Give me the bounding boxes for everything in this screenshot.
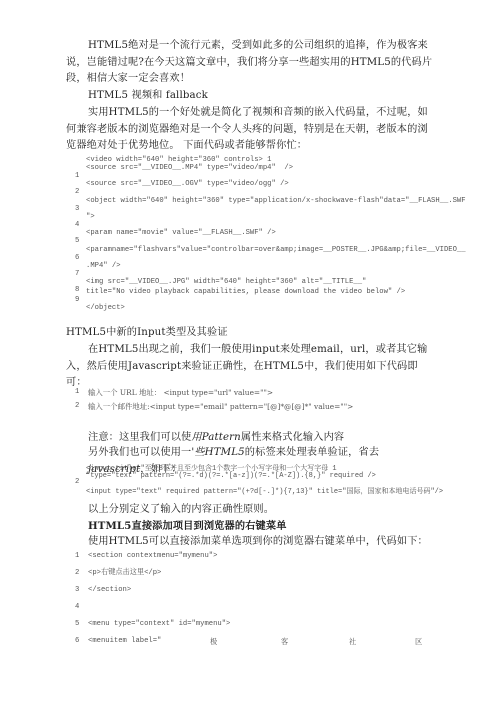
line-number: 5	[75, 620, 79, 628]
code-line: <menu type="context" id="mymenu">	[88, 620, 230, 629]
section-heading-video-fallback: HTML5 视频和 fallback	[66, 88, 438, 105]
line-number: 6	[75, 254, 79, 262]
code-line: <object width="640" height="360" type="a…	[86, 197, 466, 206]
line-number: 1	[75, 172, 79, 180]
context-menu-paragraph: 使用HTML5可以直接添加菜单选项到你的浏览器右键菜单中，代码如下：	[88, 534, 438, 551]
code-line: "type="text" pattern="(?=.*d)(?=.*[a-z])…	[86, 472, 376, 480]
line-number: 8	[75, 286, 79, 294]
note-text: 的标签来处理表单验证，省去	[245, 447, 379, 458]
menu-label-char: 极	[210, 637, 217, 646]
intro-paragraph: HTML5绝对是一个流行元素，受到如此多的公司组织的追捧，作为极客来说，岂能错过…	[66, 38, 438, 88]
code-line: </object>	[86, 304, 125, 313]
code-line: <param name="movie" value="__FLASH__.SWF…	[86, 229, 276, 238]
code-line: <paramname="flashvars"value="controlbar=…	[86, 246, 466, 255]
line-number: 4	[75, 221, 79, 229]
line-number: 9	[75, 296, 79, 304]
line-number: 2	[75, 402, 79, 410]
code-line: <section contextmenu="mymenu">	[88, 552, 217, 561]
menu-label-char: 区	[415, 637, 422, 646]
code-line: title="No video playback capabilities, p…	[86, 288, 405, 297]
line-number: 2	[75, 188, 79, 196]
menu-label-char: 社	[349, 637, 356, 646]
validation-summary: 以上分别定义了输入的内容正确性原则。	[88, 502, 438, 519]
line-number: 4	[75, 603, 79, 611]
input-types-paragraph: 在HTML5出现之前，我们一般使用input来处理email，url，或者其它输…	[66, 342, 438, 392]
code-line: ">	[86, 213, 95, 222]
line-number: 3	[75, 586, 79, 594]
code-line: <img src="__VIDEO__.JPG" width="640" hei…	[86, 278, 366, 287]
code-line: 输入一个 URL 地址： <input type="url" value="">	[88, 388, 273, 397]
code-line: </section>	[88, 586, 131, 595]
line-number: 2	[75, 478, 79, 486]
note-text: 另外我们也可以使用一	[88, 447, 191, 458]
section-heading-context-menu: HTML5直接添加项目到浏览器的右键菜单	[88, 518, 438, 535]
note-italic: '些HTML5	[191, 447, 244, 458]
code-line: <source src="__VIDEO__.OGV" type="video/…	[86, 180, 289, 189]
code-line: <menuitem label="	[88, 637, 161, 646]
note-text: 属性来格式化输入内容	[241, 432, 344, 443]
video-paragraph: 实用HTML5的一个好处就是简化了视频和音频的嵌入代码量，不过呢，如何兼容老版本…	[66, 105, 438, 155]
line-number: 5	[75, 237, 79, 245]
line-number: 7	[75, 270, 79, 278]
note-text: 注意：这里我们可以使	[88, 432, 191, 443]
line-number: 1	[75, 388, 79, 396]
code-line: 输入一个邮件地址:<input type="email" pattern="[@…	[88, 402, 353, 411]
line-number: 1	[75, 552, 79, 560]
section-heading-input-types: HTML5中新的Input类型及其验证	[66, 325, 438, 342]
note-italic: 用Pattern	[191, 432, 241, 443]
code-line: <p>右键点击这里</p>	[88, 569, 161, 578]
code-line: <input type="text" required pattern="(+?…	[86, 488, 443, 497]
code-line: <source src="__VIDEO__.MP4" type="video/…	[86, 164, 293, 173]
line-number: 6	[75, 637, 79, 645]
line-number: 2	[75, 569, 79, 577]
menu-label-char: 客	[281, 637, 288, 646]
code-line: .MP4" />	[86, 262, 121, 271]
line-number: 3	[75, 205, 79, 213]
